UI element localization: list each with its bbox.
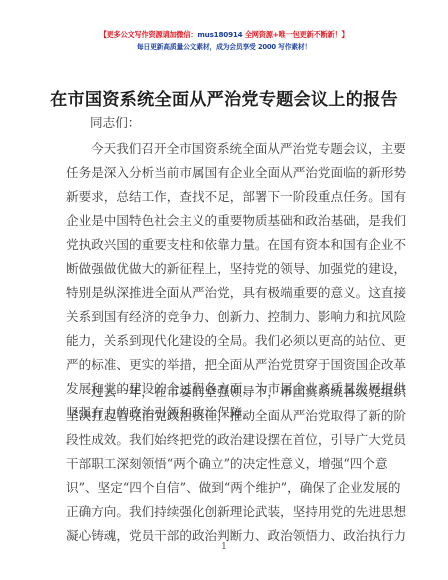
text-line: 严的标准、更实的举措，把全面从严治党贯穿于国资国企改革: [66, 353, 384, 377]
wechat-id: mus180914: [197, 30, 242, 39]
promo-banner-line-2: 每日更新高质量公文素材，成为会员享受 2000 写作素材！: [0, 41, 448, 51]
text-line: 关系到国有经济的竞争力、创新力、控制力、影响力和抗风险: [66, 305, 384, 329]
text-line: 识”、坚定“四个自信”、做到“两个维护”，确保了企业发展的: [66, 476, 384, 500]
document-title: 在市国资系统全面从严治党专题会议上的报告: [0, 85, 448, 110]
text-line: 任务是深入分析当前市属国有企业全面从严治党面临的新形势: [66, 161, 384, 185]
promo-prefix: 【更多公文写作资源请加微信：: [100, 30, 198, 39]
document-page: 【更多公文写作资源请加微信：mus180914 全网资源+唯一包更新不断新！】 …: [0, 0, 448, 580]
text-line: 坚决扛起管党治党政治责任，推动全面从严治党取得了新的阶: [66, 404, 384, 428]
text-line: 正确方向。我们持续强化创新理论武装，坚持用党的先进思想: [66, 500, 384, 524]
text-line: 新要求，总结工作，查找不足，部署下一阶段重点任务。国有: [66, 185, 384, 209]
salutation: 同志们：: [90, 112, 140, 131]
text-line: 断做强做优做大的新征程上，坚持党的领导、加强党的建设，: [66, 257, 384, 281]
promo-suffix: 全网资源+唯一包更新不断新！】: [242, 30, 348, 39]
text-line: 干部职工深刻领悟“两个确立”的决定性意义，增强“四个意: [66, 452, 384, 476]
text-line: 党执政兴国的重要支柱和依靠力量。在国有资本和国有企业不: [66, 233, 384, 257]
text-line: 今天我们召开全市国资系统全面从严治党专题会议，主要: [66, 137, 384, 161]
page-number: 1: [0, 542, 448, 552]
promo-banner-line-1: 【更多公文写作资源请加微信：mus180914 全网资源+唯一包更新不断新！】: [0, 30, 448, 40]
text-line: 过去一年，在市委的坚强领导下，市国资系统各级党组织: [66, 380, 384, 404]
text-line: 企业是中国特色社会主义的重要物质基础和政治基础，是我们: [66, 209, 384, 233]
text-line: 段性成效。我们始终把党的政治建设摆在首位，引导广大党员: [66, 428, 384, 452]
paragraph-2: 过去一年，在市委的坚强领导下，市国资系统各级党组织 坚决扛起管党治党政治责任，推…: [66, 380, 384, 548]
text-line: 能力，关系到现代化建设的全局。我们必须以更高的站位、更: [66, 329, 384, 353]
text-line: 特别是纵深推进全面从严治党，具有极端重要的意义。这直接: [66, 281, 384, 305]
